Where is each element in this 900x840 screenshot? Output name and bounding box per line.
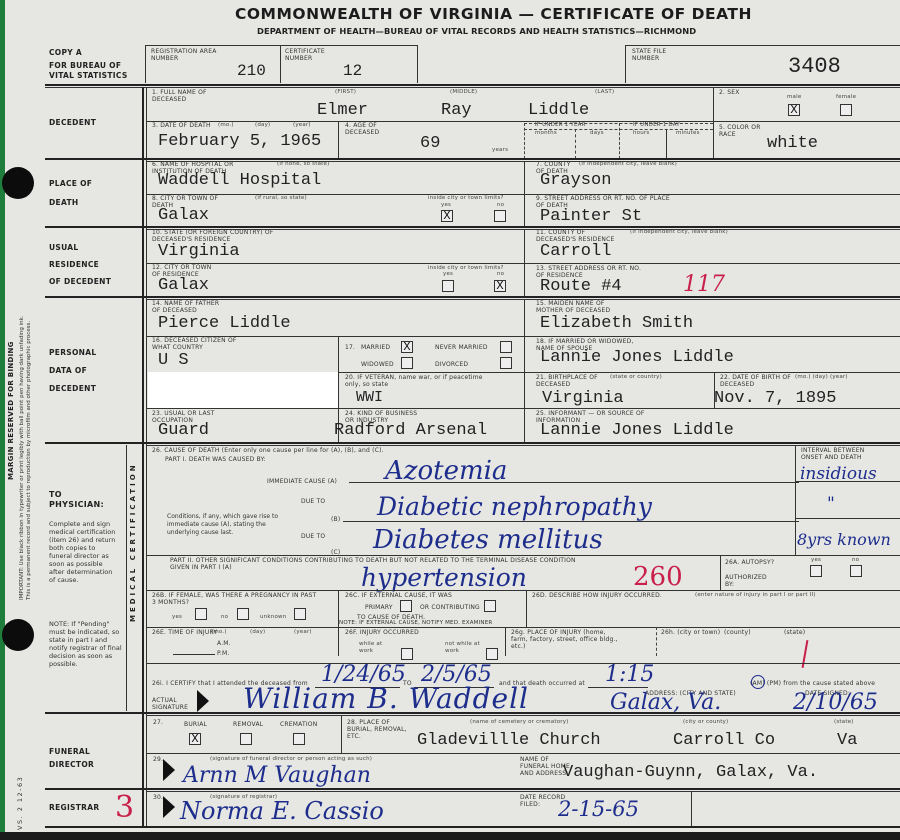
copy-label-3: VITAL STATISTICS: [49, 71, 128, 80]
sex-female-checkbox[interactable]: [840, 104, 852, 116]
section-to-physician: TO: [49, 490, 62, 499]
margin-important-note: IMPORTANT: Use black ribbon in typewrite…: [19, 240, 33, 600]
never-married-checkbox[interactable]: [500, 341, 512, 353]
residence-inside-limits-no[interactable]: X: [494, 280, 506, 292]
registration-area-number: 210: [237, 62, 266, 80]
street-of-death: Painter St: [540, 207, 642, 226]
father-name: Pierce Liddle: [158, 314, 291, 333]
contributing-code: 260: [633, 562, 683, 592]
residence-state: Virginia: [158, 242, 240, 261]
injury-at-work-checkbox[interactable]: [401, 648, 413, 660]
residence-city: Galax: [158, 276, 209, 295]
industry: Radford Arsenal: [334, 421, 487, 440]
pending-note: NOTE: If "Pending" must be indicated, so…: [49, 620, 123, 668]
registrar-arrow-icon: [163, 796, 175, 818]
birthplace: Virginia: [542, 389, 624, 408]
middle-name: Ray: [441, 101, 472, 120]
funeral-home: Vaughan-Guynn, Galax, Va.: [563, 763, 818, 782]
form-code: VS. 2 12-63: [17, 776, 24, 830]
pregnancy-no-checkbox[interactable]: [237, 608, 249, 620]
physician-signature: William B. Waddell: [243, 682, 529, 715]
external-primary-checkbox[interactable]: [400, 600, 412, 612]
copy-label: COPY A: [49, 48, 82, 57]
cause-c: Diabetes mellitus: [373, 525, 603, 555]
contributing-condition: hypertension: [361, 563, 527, 592]
residence-code-mark: 117: [683, 272, 725, 297]
injury-not-at-work-checkbox[interactable]: [486, 648, 498, 660]
race: white: [767, 134, 818, 153]
widowed-checkbox[interactable]: [401, 357, 413, 369]
punch-hole: [2, 619, 34, 651]
date-of-birth: Nov. 7, 1895: [714, 389, 836, 408]
age: 69: [420, 134, 440, 153]
certificate-subtitle: DEPARTMENT OF HEALTH—BUREAU OF VITAL REC…: [257, 26, 696, 36]
registrar-signature: Norma E. Cassio: [180, 797, 384, 825]
sex-male-checkbox[interactable]: X: [788, 104, 800, 116]
registrar-mark: 3: [115, 790, 134, 825]
fd-signature-arrow-icon: [163, 759, 175, 781]
cause-a: Azotemia: [385, 456, 507, 486]
cremation-checkbox[interactable]: [293, 733, 305, 745]
external-contributing-checkbox[interactable]: [484, 600, 496, 612]
interval-b: ": [827, 494, 835, 514]
city-of-death: Galax: [158, 206, 209, 225]
residence-street: Route #4: [540, 277, 622, 296]
redacted-area: [148, 372, 338, 408]
margin-note: MARGIN RESERVED FOR BINDING: [7, 341, 15, 480]
informant: Lannie Jones Liddle: [540, 421, 734, 440]
hospital: Waddell Hospital: [158, 171, 321, 190]
certificate-title: COMMONWEALTH OF VIRGINIA — CERTIFICATE O…: [235, 5, 752, 23]
death-certificate: COMMONWEALTH OF VIRGINIA — CERTIFICATE O…: [5, 0, 900, 832]
burial-place: Gladevillle Church: [417, 731, 601, 750]
residence-inside-limits-yes[interactable]: [442, 280, 454, 292]
burial-county: Carroll Co: [673, 731, 775, 750]
interval-c: 8yrs known: [797, 530, 891, 549]
section-personal-data: PERSONAL: [49, 348, 96, 357]
mother-maiden-name: Elizabeth Smith: [540, 314, 693, 333]
death-inside-limits-yes[interactable]: X: [441, 210, 453, 222]
section-place-of-death: PLACE OF: [49, 179, 92, 188]
signature-arrow-icon: [197, 690, 209, 712]
physician-instructions: Complete and sign medical certification …: [49, 520, 119, 584]
date-filed: 2-15-65: [558, 797, 639, 821]
burial-state: Va: [837, 731, 857, 750]
section-decedent: DECEDENT: [49, 118, 96, 127]
certificate-number-label: CERTIFICATE NUMBER: [285, 48, 345, 62]
spouse-name: Lannie Jones Liddle: [540, 348, 734, 367]
autopsy-yes-checkbox[interactable]: [810, 565, 822, 577]
burial-checkbox[interactable]: X: [189, 733, 201, 745]
divorced-checkbox[interactable]: [500, 357, 512, 369]
section-funeral-director: FUNERAL: [49, 747, 90, 756]
residence-county: Carroll: [540, 242, 611, 261]
county-of-death: Grayson: [540, 171, 611, 190]
citizenship: U S: [158, 351, 189, 370]
married-checkbox[interactable]: X: [401, 341, 413, 353]
occupation: Guard: [158, 421, 209, 440]
section-medical-certification: MEDICAL CERTIFICATION: [129, 462, 137, 622]
copy-label-2: FOR BUREAU OF: [49, 61, 121, 70]
last-name: Liddle: [528, 101, 589, 120]
punch-hole: [2, 167, 34, 199]
death-inside-limits-no[interactable]: [494, 210, 506, 222]
section-usual-residence: USUAL: [49, 243, 78, 252]
certificate-number: 12: [343, 62, 362, 80]
am-circle-mark: [751, 675, 765, 689]
death-time: 1:15: [605, 662, 654, 687]
state-file-number: 3408: [788, 54, 841, 79]
registration-area-label: REGISTRATION AREA NUMBER: [151, 48, 231, 62]
pregnancy-unknown-checkbox[interactable]: [294, 608, 306, 620]
funeral-director-signature: Arnn M Vaughan: [183, 763, 371, 788]
autopsy-no-checkbox[interactable]: [850, 565, 862, 577]
date-of-death: February 5, 1965: [158, 132, 321, 151]
removal-checkbox[interactable]: [240, 733, 252, 745]
scan-bottom-edge: [0, 832, 900, 840]
veteran-status: WWI: [356, 389, 383, 406]
first-name: Elmer: [317, 101, 368, 120]
cause-b: Diabetic nephropathy: [377, 492, 652, 521]
state-file-label: STATE FILE NUMBER: [632, 48, 682, 62]
pregnancy-yes-checkbox[interactable]: [195, 608, 207, 620]
section-registrar: REGISTRAR: [49, 803, 99, 812]
